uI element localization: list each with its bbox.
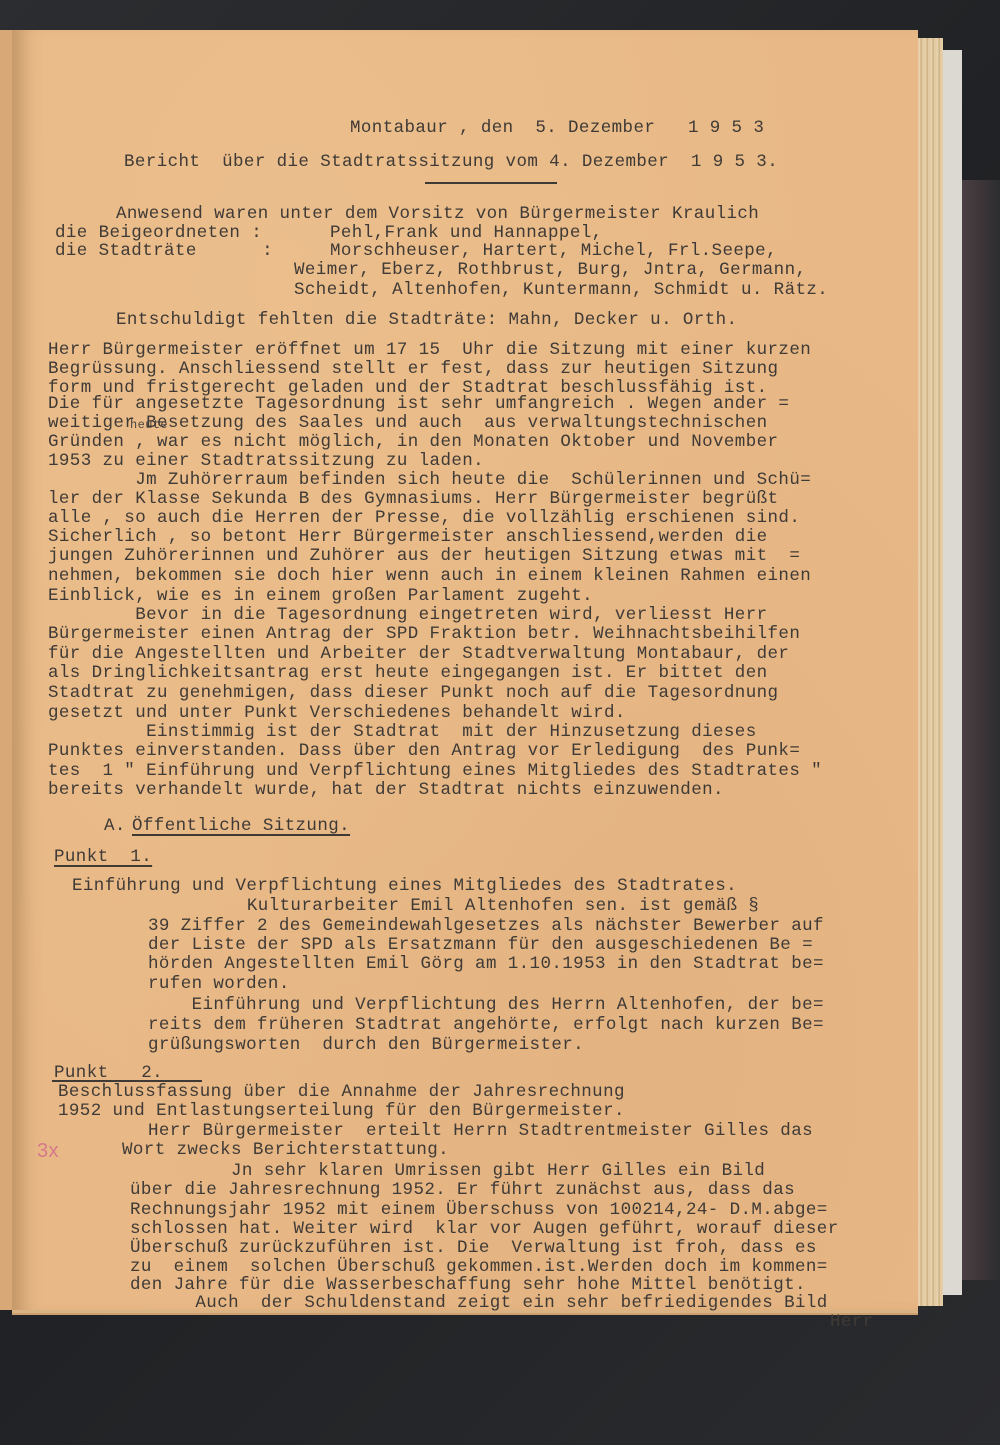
title-rule (425, 182, 557, 184)
intro-line: Bevor in die Tagesordnung eingetreten wi… (48, 605, 768, 625)
binding-shadow (962, 180, 1000, 1280)
punkt-2-line: Auch der Schuldenstand zeigt ein sehr be… (130, 1293, 828, 1313)
intro-line: 1953 zu einer Stadtratssitzung zu laden. (48, 451, 484, 471)
intro-line: Herr Bürgermeister eröffnet um 17 15 Uhr… (48, 340, 811, 360)
punkt-1-heading: Punkt 1. (54, 847, 152, 867)
page-continuation: Herr (830, 1312, 874, 1332)
intro-line: Sicherlich , so betont Herr Bürgermeiste… (48, 527, 768, 547)
punkt-1-line: grüßungsworten durch den Bürgermeister. (148, 1035, 584, 1055)
stadtraete-names-3: Scheidt, Altenhofen, Kuntermann, Schmidt… (294, 280, 828, 300)
intro-line: bereits verhandelt wurde, hat der Stadtr… (48, 780, 724, 800)
intro-line: Bürgermeister einen Antrag der SPD Frakt… (48, 624, 800, 644)
punkt-2-line: Jn sehr klaren Umrissen gibt Herr Gilles… (122, 1161, 765, 1181)
intro-line: Punktes einverstanden. Dass über den Ant… (48, 741, 800, 761)
stadtraete-names-2: Weimer, Eberz, Rothbrust, Burg, Jntra, G… (294, 260, 806, 280)
intro-line: ler der Klasse Sekunda B des Gymnasiums.… (48, 489, 778, 509)
intro-line: jungen Zuhörerinnen und Zuhörer aus der … (48, 546, 800, 566)
stadtraete-label: die Stadträte : (55, 241, 273, 261)
report-title: Bericht über die Stadtratssitzung vom 4.… (124, 152, 778, 172)
section-a-title: Öffentliche Sitzung. (132, 816, 350, 836)
punkt-2-subject-1: Beschlussfassung über die Annahme der Ja… (58, 1082, 625, 1102)
intro-line: Einstimmig ist der Stadtrat mit der Hinz… (48, 722, 757, 742)
intro-line: Die für angesetzte Tagesordnung ist sehr… (48, 394, 789, 414)
punkt-1-line: rufen worden. (148, 974, 290, 994)
punkt-1-line: der Liste der SPD als Ersatzmann für den… (148, 935, 813, 955)
document-page: Montabaur , den 5. Dezember 1 9 5 3 Beri… (12, 30, 918, 1313)
intro-line: Stadtrat zu genehmigen, dass dieser Punk… (48, 683, 778, 703)
absent-members: Entschuldigt fehlten die Stadträte: Mahn… (116, 310, 737, 330)
margin-annotation: 3x (37, 1140, 59, 1163)
intro-line: als Dringlichkeitsantrag erst heute eing… (48, 663, 768, 683)
punkt-2-line: Wort zwecks Berichterstattung. (122, 1140, 449, 1160)
section-a-prefix: A. (104, 816, 126, 836)
attendance-intro: Anwesend waren unter dem Vorsitz von Bür… (116, 204, 759, 224)
page-stack-white-edge (940, 50, 962, 1295)
punkt-2-line: Rechnungsjahr 1952 mit einem Überschuss … (130, 1200, 828, 1220)
punkt-2-line: Überschuß zurückzuführen ist. Die Verwal… (130, 1238, 817, 1258)
punkt-2-line: zu einem solchen Überschuß gekommen.ist.… (130, 1257, 828, 1277)
punkt-2-subject-2: 1952 und Entlastungserteilung für den Bü… (58, 1101, 625, 1121)
intro-line: Einblick, wie es in einem großen Parlame… (48, 586, 593, 606)
stadtraete-names-1: Morschheuser, Hartert, Michel, Frl.Seepe… (330, 241, 777, 261)
beigeordnete-names: Pehl,Frank und Hannappel, (330, 223, 603, 243)
punkt-1-line: 39 Ziffer 2 des Gemeindewahlgesetzes als… (148, 916, 824, 936)
dateline: Montabaur , den 5. Dezember 1 9 5 3 (350, 118, 764, 138)
intro-line: nehmen, bekommen sie doch hier wenn auch… (48, 566, 811, 586)
intro-line: gesetzt und unter Punkt Verschiedenes be… (48, 703, 626, 723)
punkt-2-line: den Jahre für die Wasserbeschaffung sehr… (130, 1275, 806, 1295)
punkt-2-line: Herr Bürgermeister erteilt Herrn Stadtre… (148, 1121, 813, 1141)
punkt-2-line: über die Jahresrechnung 1952. Er führt z… (130, 1180, 795, 1200)
intro-line: alle , so auch die Herren der Presse, di… (48, 508, 800, 528)
intro-line: weitiger Besetzung des Saales und auch a… (48, 413, 768, 433)
punkt-1-subject: Einführung und Verpflichtung eines Mitgl… (72, 876, 737, 896)
intro-line: Gründen , war es nicht möglich, in den M… (48, 432, 778, 452)
punkt-1-line: Kulturarbeiter Emil Altenhofen sen. ist … (116, 896, 759, 916)
punkt-1-line: Einführung und Verpflichtung des Herrn A… (148, 995, 824, 1015)
punkt-1-line: reits dem früheren Stadtrat angehörte, e… (148, 1015, 824, 1035)
punkt-2-line: schlossen hat. Weiter wird klar vor Auge… (130, 1219, 839, 1239)
typewritten-report: Montabaur , den 5. Dezember 1 9 5 3 Beri… (12, 30, 918, 1310)
intro-line: Begrüssung. Anschliessend stellt er fest… (48, 359, 778, 379)
intro-line: Jm Zuhörerraum befinden sich heute die S… (48, 470, 811, 490)
intro-line: für die Angestellten und Arbeiter der St… (48, 644, 789, 664)
intro-line: tes 1 " Einführung und Verpflichtung ein… (48, 761, 822, 781)
punkt-1-line: hörden Angestellten Emil Görg am 1.10.19… (148, 954, 824, 974)
beigeordnete-label: die Beigeordneten : (55, 223, 262, 243)
